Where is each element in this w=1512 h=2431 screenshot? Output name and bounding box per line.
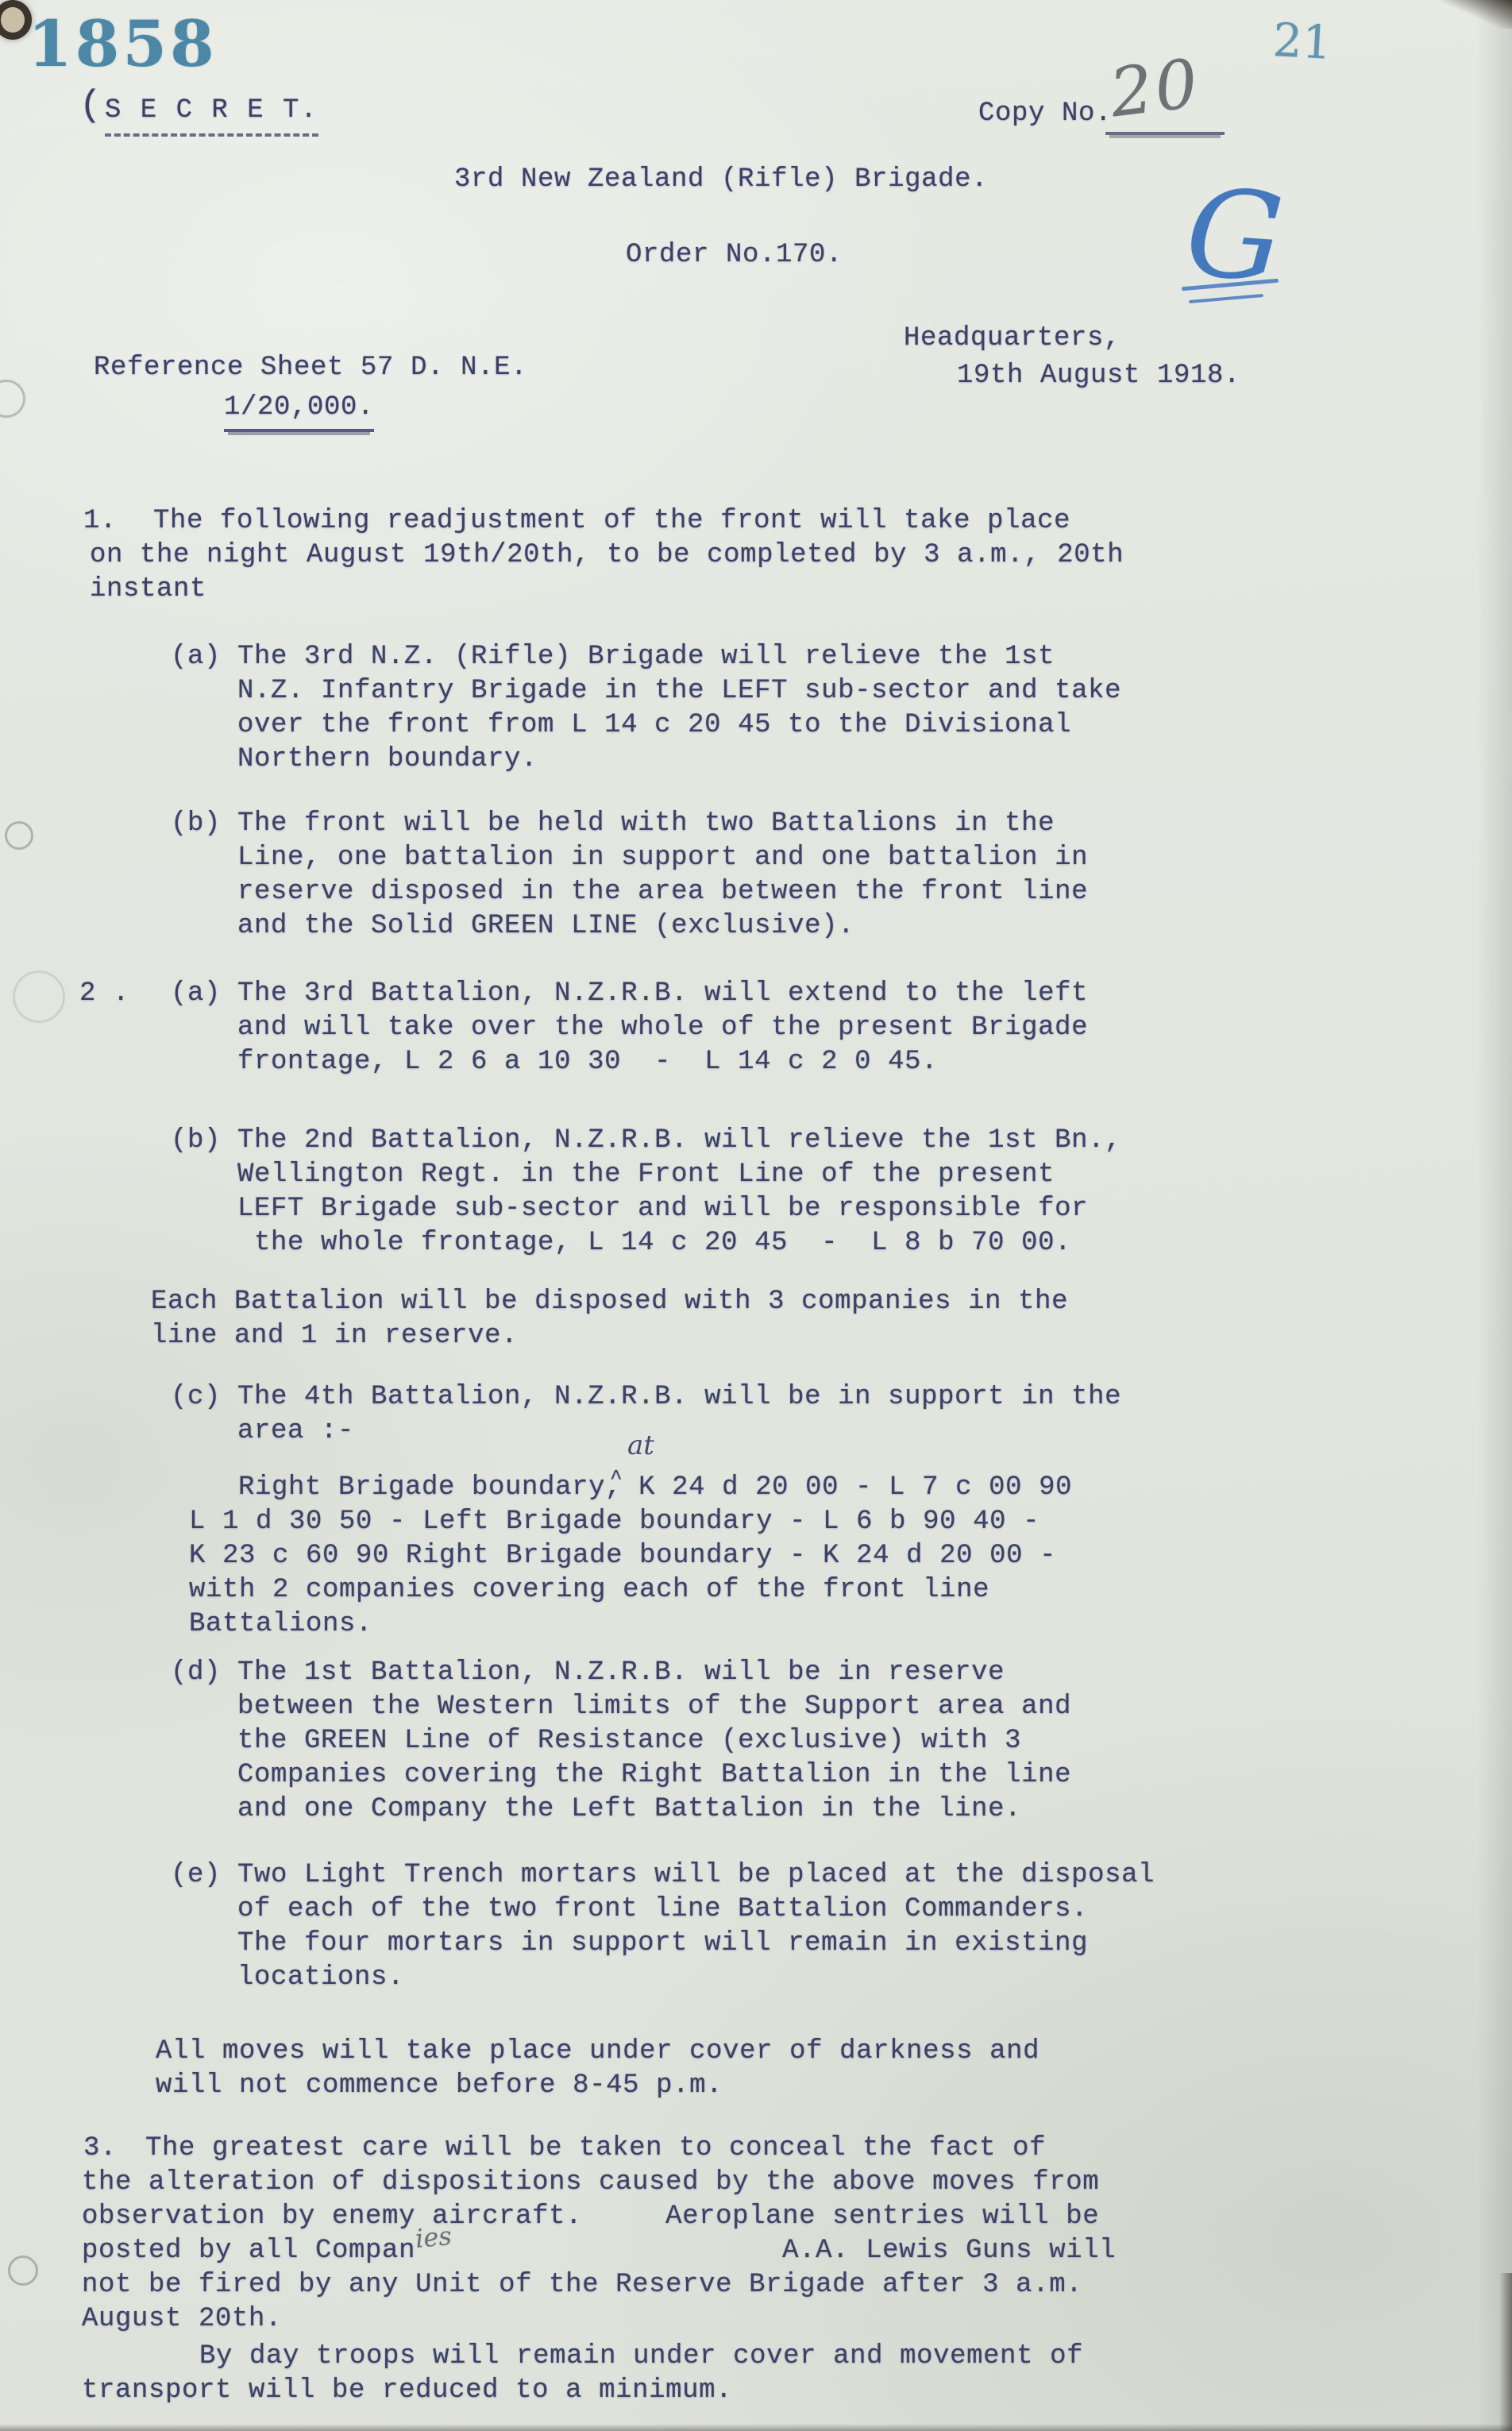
item-2d-text: The 1st Battalion, N.Z.R.B. will be in r…	[237, 1656, 1071, 1827]
item-1a-label: (a)	[171, 640, 237, 777]
document-title: 3rd New Zealand (Rifle) Brigade.	[454, 163, 988, 197]
item-2b-label: (b)	[171, 1124, 237, 1260]
edge-shade-right-bottom	[1499, 2273, 1512, 2431]
secret-brace: (	[79, 89, 102, 123]
item-1a: (a) The 3rd N.Z. (Rifle) Brigade will re…	[171, 640, 1121, 777]
insertion-caret: ^	[610, 1461, 623, 1495]
punch-hole-ring-3	[13, 970, 65, 1023]
punch-hole-ring-4	[8, 2255, 38, 2286]
item-1b-text: The front will be held with two Battalio…	[237, 807, 1088, 943]
item-2e-label: (e)	[171, 1858, 237, 1995]
item-2a: (a) The 3rd Battalion, N.Z.R.B. will ext…	[171, 977, 1088, 1079]
item-1b-label: (b)	[171, 807, 237, 943]
insertion-at-annotation: at	[627, 1430, 654, 1461]
copy-number-annotation: 20	[1105, 44, 1204, 132]
item-1a-text: The 3rd N.Z. (Rifle) Brigade will reliev…	[237, 640, 1121, 777]
section-1-intro: The following readjustment of the front …	[90, 504, 1124, 607]
item-2d-label: (d)	[171, 1656, 237, 1827]
edge-shade-bottom	[0, 2424, 1512, 2431]
by-day-paragraph: By day troops will remain under cover an…	[82, 2340, 1083, 2408]
punch-hole-ring-2	[5, 821, 33, 850]
section-2-number: 2 .	[79, 977, 129, 1011]
classification-label: S E C R E T.	[105, 94, 318, 137]
punch-hole-ring-1	[0, 380, 25, 418]
item-2b: (b) The 2nd Battalion, N.Z.R.B. will rel…	[171, 1124, 1121, 1260]
item-2e-text: Two Light Trench mortars will be placed …	[237, 1858, 1155, 1995]
item-2c-text: The 4th Battalion, N.Z.R.B. will be in s…	[237, 1380, 1121, 1449]
item-2a-text: The 3rd Battalion, N.Z.R.B. will extend …	[237, 977, 1088, 1079]
item-2a-label: (a)	[171, 977, 237, 1079]
item-1b: (b) The front will be held with two Batt…	[171, 807, 1088, 943]
moves-note: All moves will take place under cover of…	[156, 2035, 1039, 2103]
order-number: Order No.170.	[626, 238, 843, 272]
copy-no-label: Copy No.	[978, 97, 1112, 131]
companies-correction-annotation: ies	[414, 2221, 453, 2254]
map-scale: 1/20,000.	[224, 391, 374, 432]
headquarters-line: Headquarters,	[904, 322, 1120, 356]
boundary-description: Right Brigade boundary, K 24 d 20 00 - L…	[189, 1471, 1072, 1642]
punch-hole-dark	[0, 0, 32, 40]
page-number-annotation: 21	[1271, 13, 1333, 70]
item-2c-label: (c)	[171, 1380, 237, 1449]
document-page: 1858 21 ( S E C R E T. Copy No. 20 3rd N…	[0, 0, 1512, 2431]
section-3-text: The greatest care will be taken to conce…	[82, 2132, 1116, 2336]
reference-sheet-line: Reference Sheet 57 D. N.E.	[94, 351, 527, 385]
item-2b-text: The 2nd Battalion, N.Z.R.B. will relieve…	[237, 1124, 1121, 1260]
edge-shade-right	[1477, 0, 1512, 2431]
archive-number-annotation: 1858	[28, 6, 218, 81]
date-line: 19th August 1918.	[957, 359, 1240, 393]
each-battalion-note: Each Battalion will be disposed with 3 c…	[151, 1285, 1068, 1353]
item-2d: (d) The 1st Battalion, N.Z.R.B. will be …	[171, 1656, 1071, 1827]
item-2e: (e) Two Light Trench mortars will be pla…	[171, 1858, 1155, 1995]
